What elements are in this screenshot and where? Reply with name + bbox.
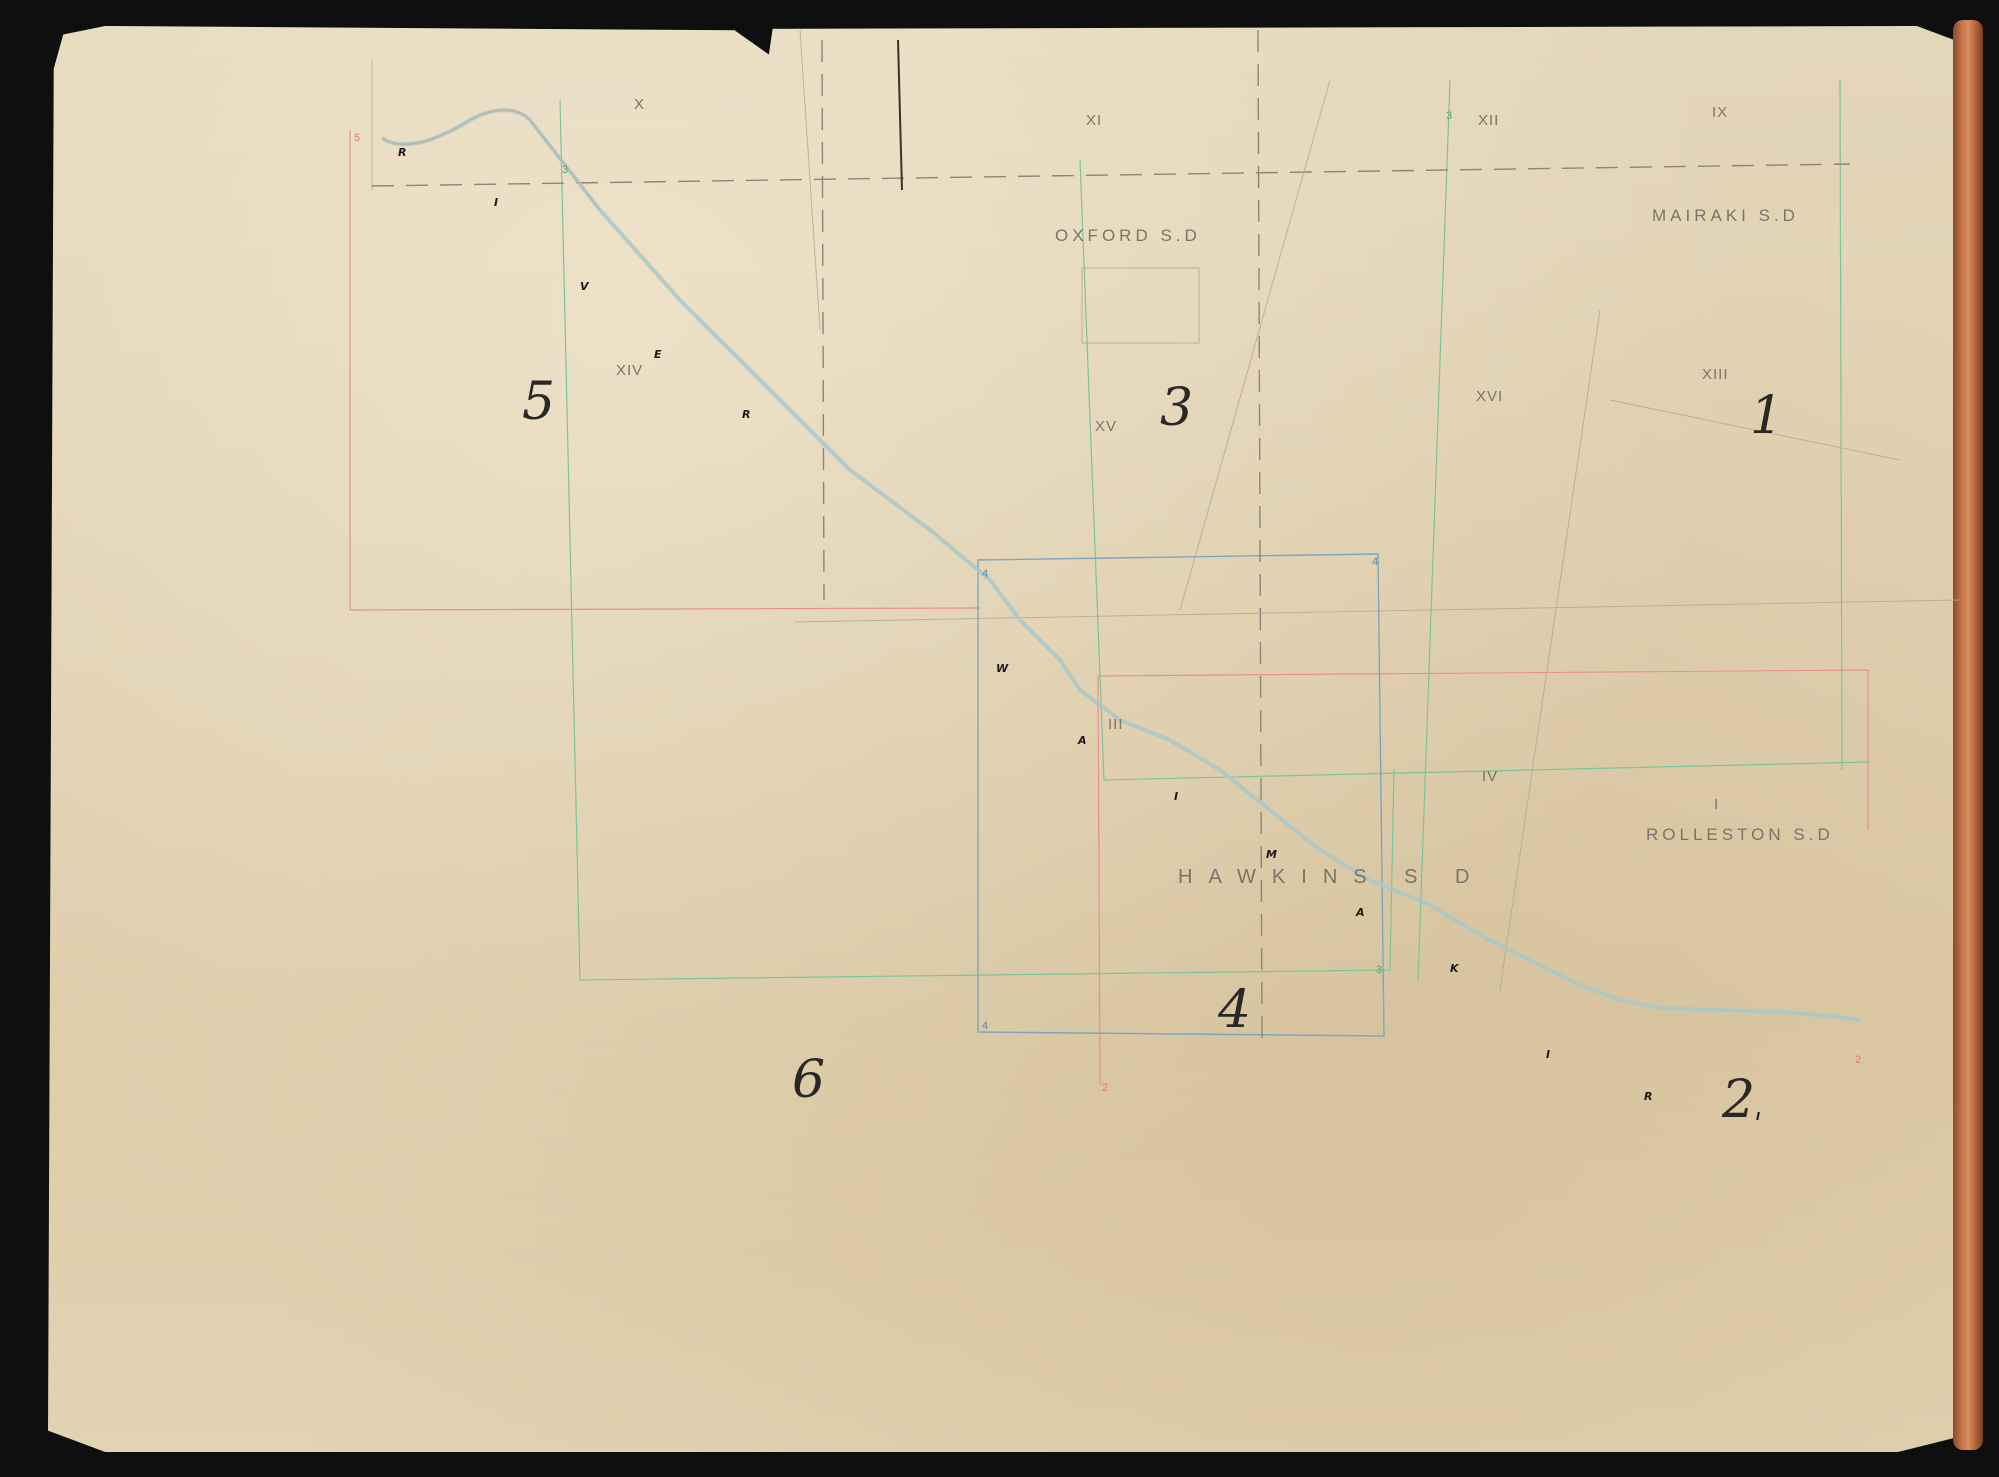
- block-label: IV: [1482, 768, 1498, 785]
- river-letter: A: [1078, 734, 1087, 747]
- block-label: IX: [1712, 104, 1728, 121]
- block-label: I: [1714, 796, 1719, 813]
- river-letter: I: [1756, 1110, 1760, 1123]
- river-letter: I: [494, 196, 498, 209]
- block-label: XVI: [1476, 388, 1503, 405]
- block-label: X: [634, 96, 645, 113]
- river-letter: R: [1644, 1090, 1652, 1103]
- block-label: III: [1108, 716, 1124, 733]
- grid-mark: 4: [982, 568, 988, 580]
- sheet-number: 3: [1160, 378, 1193, 438]
- paper-tear: [898, 40, 902, 190]
- grid-mark: 3: [562, 164, 568, 176]
- sheet-number: 6: [792, 1050, 825, 1110]
- river-letter: R: [742, 408, 750, 421]
- survey-district-label: OXFORD S.D: [1055, 226, 1201, 246]
- river-letter: R: [398, 146, 406, 159]
- block-label: XIV: [616, 362, 643, 379]
- survey-district-label: HAWKINS S D: [1178, 866, 1486, 889]
- sheet-number: 5: [522, 372, 555, 432]
- waimakariri-river: [382, 110, 1860, 1020]
- grid-mark: 4: [1372, 556, 1378, 568]
- survey-district-label: ROLLESTON S.D: [1646, 825, 1834, 845]
- block-label: XIII: [1702, 366, 1729, 383]
- block-label: XII: [1478, 112, 1499, 129]
- red-sheet-outlines: [350, 130, 1868, 1085]
- sheet-number: 2: [1722, 1070, 1755, 1130]
- grid-mark: 3: [1376, 964, 1382, 976]
- river-letter: W: [996, 662, 1008, 675]
- block-label: XI: [1086, 112, 1102, 129]
- grid-mark: 2: [1855, 1054, 1861, 1066]
- river-letter: M: [1266, 848, 1277, 861]
- river-letter: K: [1450, 962, 1459, 975]
- survey-district-boundary: [372, 30, 1850, 1040]
- sheet-number: 1: [1750, 386, 1783, 446]
- river-letter: I: [1546, 1048, 1550, 1061]
- grid-mark: 2: [1102, 1082, 1108, 1094]
- block-label: XV: [1095, 418, 1117, 435]
- grid-mark: 4: [982, 1020, 988, 1032]
- river-letter: A: [1356, 906, 1365, 919]
- river-letter: V: [580, 280, 589, 293]
- survey-district-label: MAIRAKI S.D: [1652, 206, 1799, 226]
- blue-sheet-4-outline: [978, 554, 1384, 1036]
- grid-mark: 5: [354, 132, 360, 144]
- river-letter: E: [654, 348, 662, 361]
- river-letter: I: [1174, 790, 1178, 803]
- sheet-number: 4: [1218, 980, 1251, 1040]
- grid-mark: 3: [1446, 110, 1452, 122]
